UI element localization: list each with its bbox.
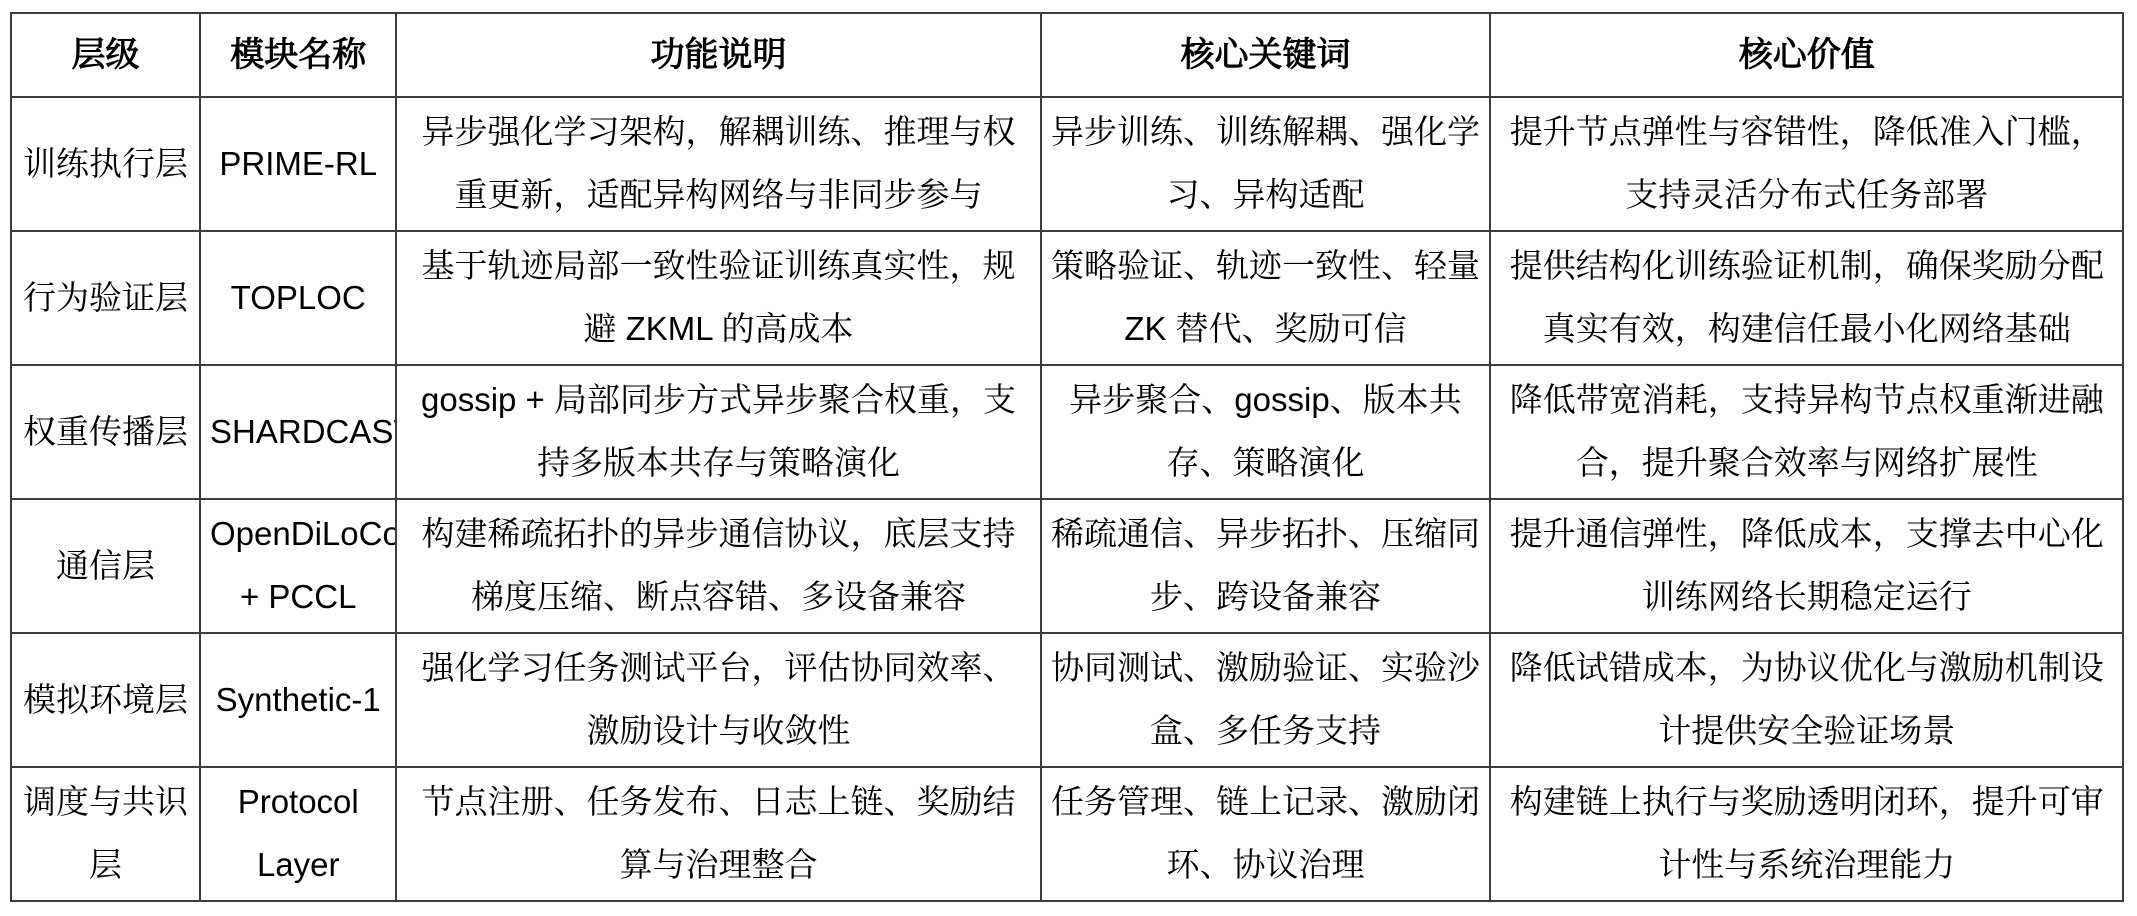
table-row: 模拟环境层 Synthetic-1 强化学习任务测试平台，评估协同效率、激励设计… xyxy=(11,633,2123,767)
cell-value: 降低带宽消耗，支持异构节点权重渐进融合，提升聚合效率与网络扩展性 xyxy=(1490,365,2123,499)
header-keywords: 核心关键词 xyxy=(1041,13,1491,97)
header-value: 核心价值 xyxy=(1490,13,2123,97)
table-row: 通信层 OpenDiLoCo + PCCL 构建稀疏拓扑的异步通信协议，底层支持… xyxy=(11,499,2123,633)
cell-keywords: 策略验证、轨迹一致性、轻量 ZK 替代、奖励可信 xyxy=(1041,231,1491,365)
cell-module: SHARDCAST xyxy=(200,365,396,499)
document-page: 层级 模块名称 功能说明 核心关键词 核心价值 训练执行层 PRIME-RL 异… xyxy=(10,12,2124,902)
cell-value: 提供结构化训练验证机制，确保奖励分配真实有效，构建信任最小化网络基础 xyxy=(1490,231,2123,365)
cell-layer: 模拟环境层 xyxy=(11,633,200,767)
cell-module: OpenDiLoCo + PCCL xyxy=(200,499,396,633)
cell-value: 提升节点弹性与容错性，降低准入门槛，支持灵活分布式任务部署 xyxy=(1490,97,2123,231)
cell-keywords: 协同测试、激励验证、实验沙盒、多任务支持 xyxy=(1041,633,1491,767)
cell-layer: 权重传播层 xyxy=(11,365,200,499)
header-function: 功能说明 xyxy=(396,13,1040,97)
cell-layer: 调度与共识层 xyxy=(11,767,200,901)
header-module: 模块名称 xyxy=(200,13,396,97)
cell-module: PRIME-RL xyxy=(200,97,396,231)
cell-keywords: 稀疏通信、异步拓扑、压缩同步、跨设备兼容 xyxy=(1041,499,1491,633)
architecture-table: 层级 模块名称 功能说明 核心关键词 核心价值 训练执行层 PRIME-RL 异… xyxy=(10,12,2124,902)
cell-keywords: 异步聚合、gossip、版本共存、策略演化 xyxy=(1041,365,1491,499)
cell-module: Synthetic-1 xyxy=(200,633,396,767)
cell-keywords: 异步训练、训练解耦、强化学习、异构适配 xyxy=(1041,97,1491,231)
cell-layer: 通信层 xyxy=(11,499,200,633)
cell-value: 提升通信弹性，降低成本，支撑去中心化训练网络长期稳定运行 xyxy=(1490,499,2123,633)
cell-value: 降低试错成本，为协议优化与激励机制设计提供安全验证场景 xyxy=(1490,633,2123,767)
cell-module: TOPLOC xyxy=(200,231,396,365)
cell-function: gossip + 局部同步方式异步聚合权重，支持多版本共存与策略演化 xyxy=(396,365,1040,499)
table-row: 调度与共识层 Protocol Layer 节点注册、任务发布、日志上链、奖励结… xyxy=(11,767,2123,901)
header-layer: 层级 xyxy=(11,13,200,97)
cell-function: 基于轨迹局部一致性验证训练真实性，规避 ZKML 的高成本 xyxy=(396,231,1040,365)
cell-module: Protocol Layer xyxy=(200,767,396,901)
header-row: 层级 模块名称 功能说明 核心关键词 核心价值 xyxy=(11,13,2123,97)
cell-function: 节点注册、任务发布、日志上链、奖励结算与治理整合 xyxy=(396,767,1040,901)
cell-keywords: 任务管理、链上记录、激励闭环、协议治理 xyxy=(1041,767,1491,901)
cell-layer: 行为验证层 xyxy=(11,231,200,365)
table-row: 行为验证层 TOPLOC 基于轨迹局部一致性验证训练真实性，规避 ZKML 的高… xyxy=(11,231,2123,365)
cell-function: 异步强化学习架构，解耦训练、推理与权重更新，适配异构网络与非同步参与 xyxy=(396,97,1040,231)
cell-function: 强化学习任务测试平台，评估协同效率、激励设计与收敛性 xyxy=(396,633,1040,767)
cell-function: 构建稀疏拓扑的异步通信协议，底层支持梯度压缩、断点容错、多设备兼容 xyxy=(396,499,1040,633)
table-row: 权重传播层 SHARDCAST gossip + 局部同步方式异步聚合权重，支持… xyxy=(11,365,2123,499)
cell-layer: 训练执行层 xyxy=(11,97,200,231)
table-row: 训练执行层 PRIME-RL 异步强化学习架构，解耦训练、推理与权重更新，适配异… xyxy=(11,97,2123,231)
cell-value: 构建链上执行与奖励透明闭环，提升可审计性与系统治理能力 xyxy=(1490,767,2123,901)
